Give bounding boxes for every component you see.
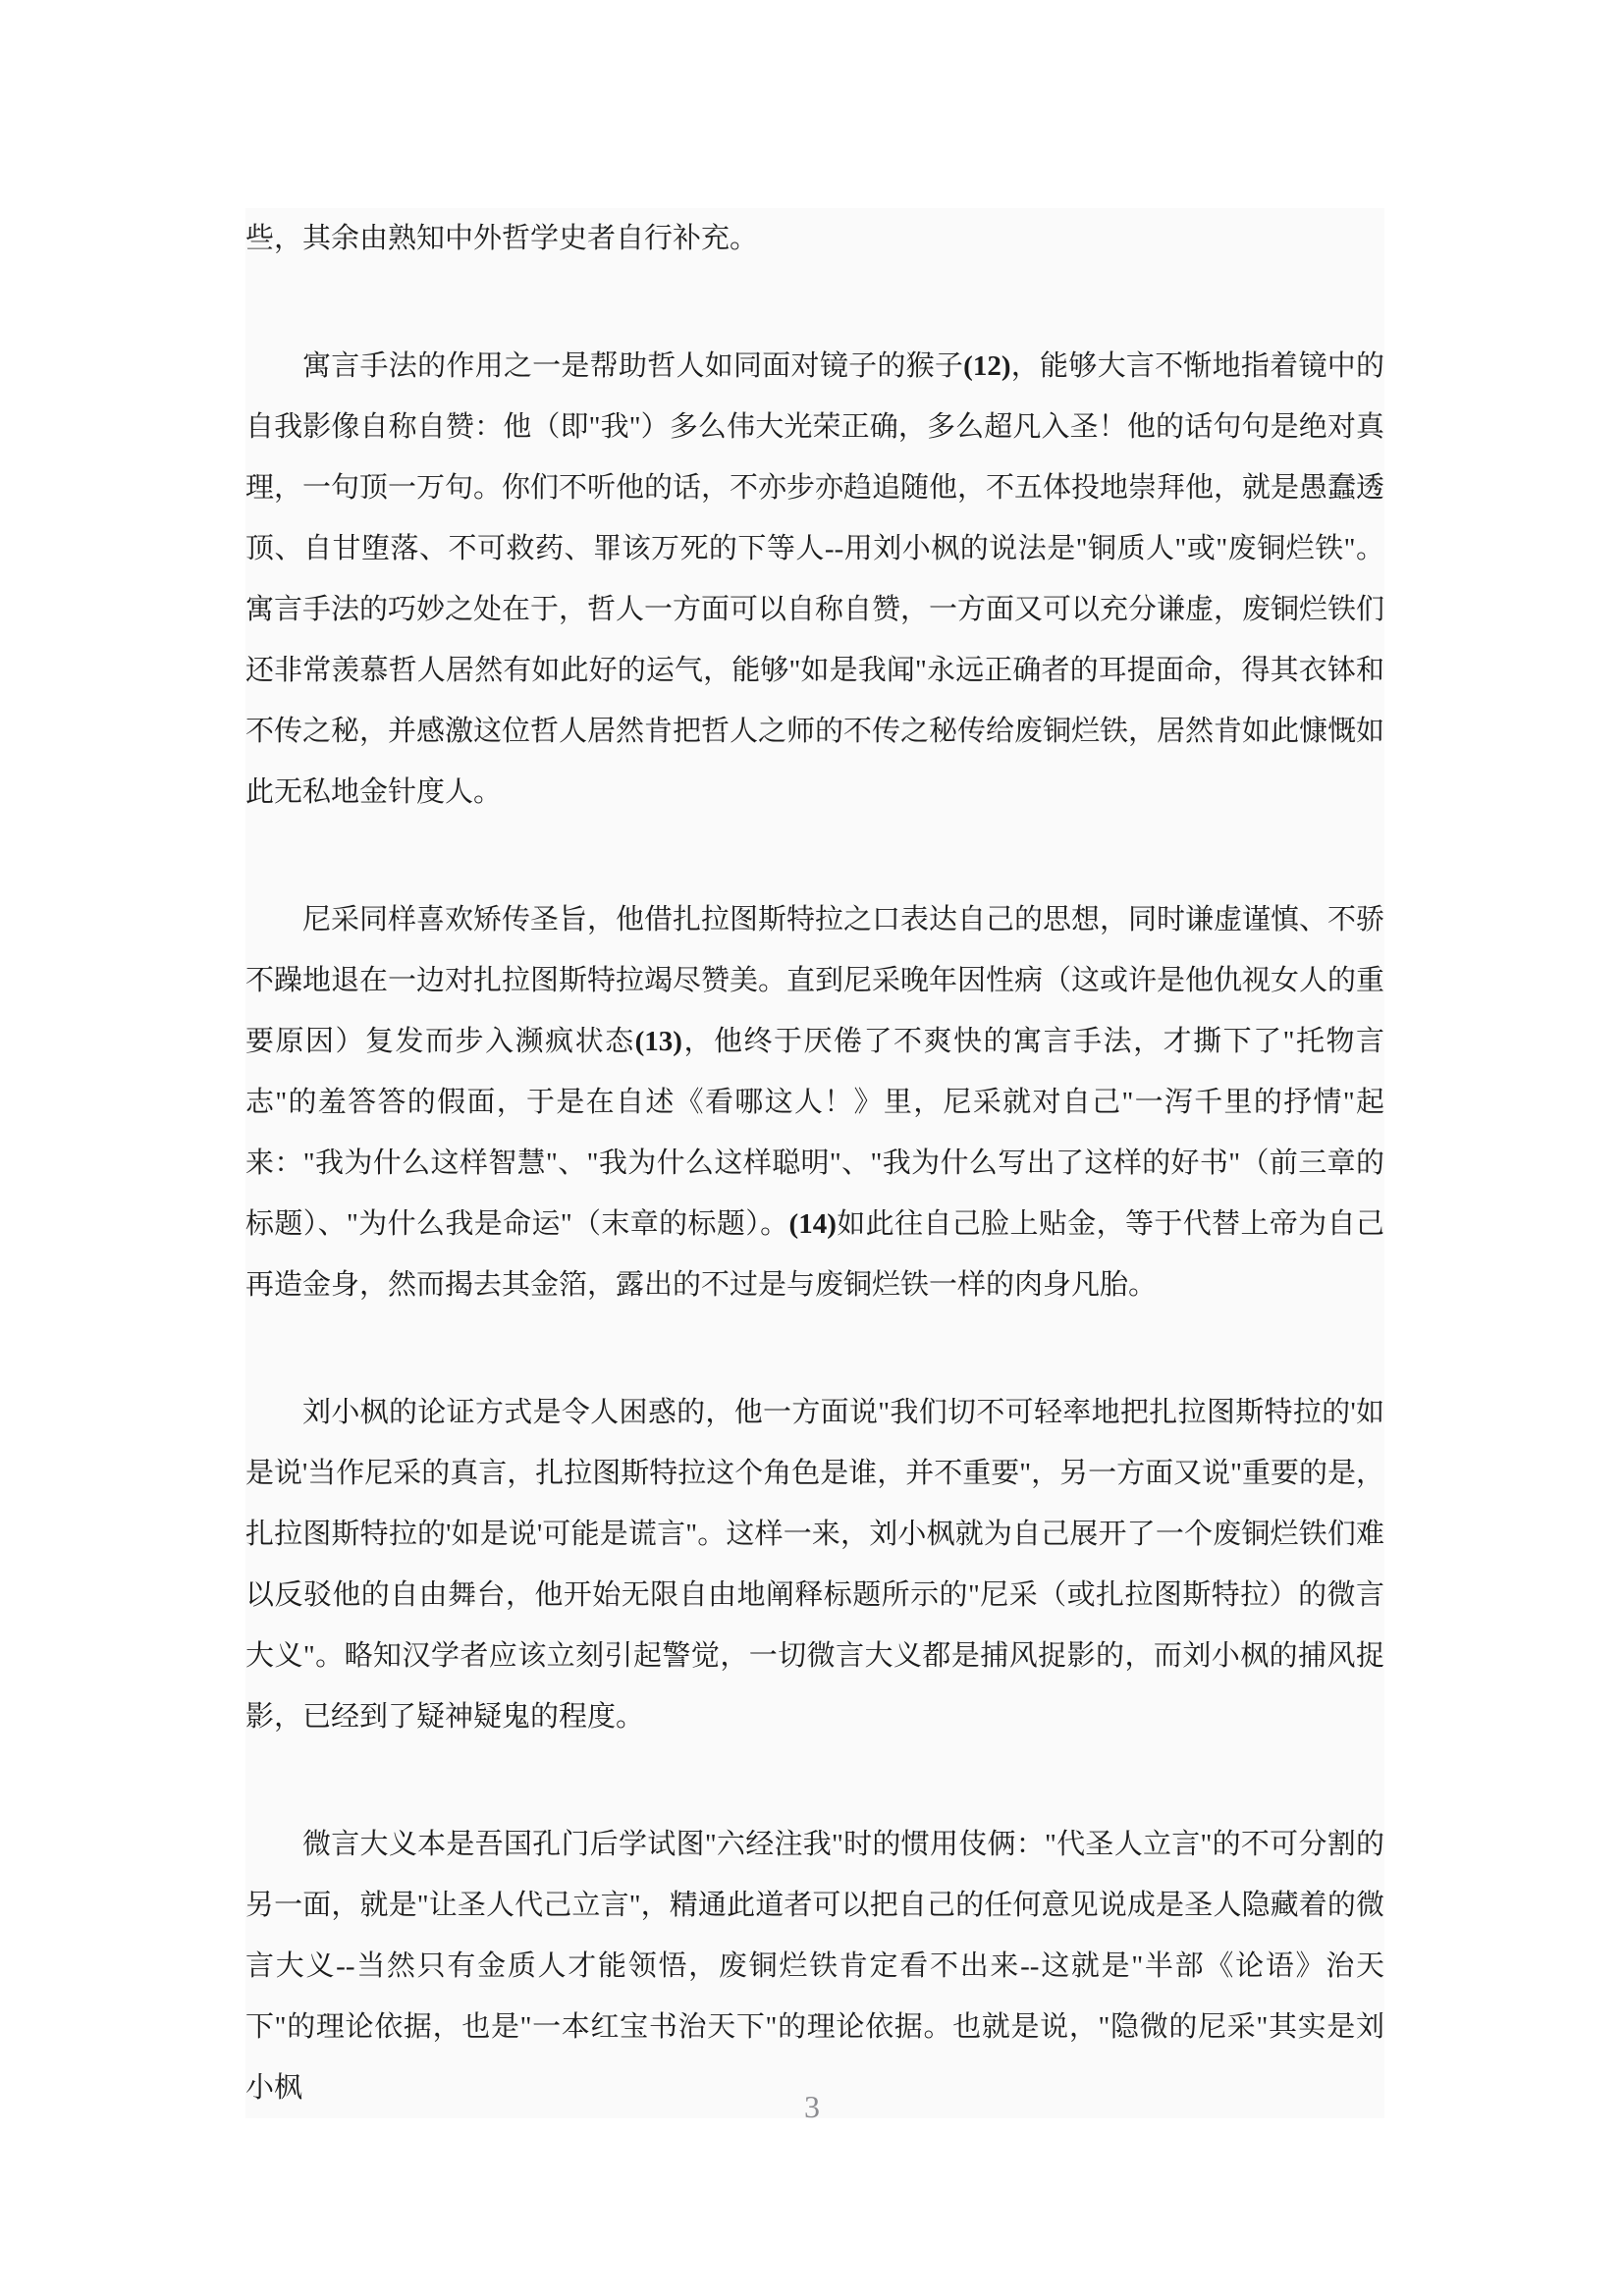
reference-marker: (14): [789, 1208, 837, 1240]
reference-marker: (13): [635, 1026, 682, 1057]
page-number: 3: [804, 2089, 820, 2124]
text-run: 些，其余由熟知中外哲学史者自行补充。: [245, 223, 758, 254]
paragraph: 尼采同样喜欢矫传圣旨，他借扎拉图斯特拉之口表达自己的思想，同时谦虚谨慎、不骄不躁…: [245, 889, 1384, 1315]
reference-marker: (12): [963, 350, 1010, 382]
text-run: 微言大义本是吾国孔门后学试图"六经注我"时的惯用伎俩："代圣人立言"的不可分割的…: [245, 1829, 1384, 2104]
paragraph: 些，其余由熟知中外哲学史者自行补充。: [245, 208, 1384, 269]
page-footer: 3: [0, 2089, 1624, 2125]
paragraph: 刘小枫的论证方式是令人困惑的，他一方面说"我们切不可轻率地把扎拉图斯特拉的'如是…: [245, 1382, 1384, 1747]
paragraph: 微言大义本是吾国孔门后学试图"六经注我"时的惯用伎俩："代圣人立言"的不可分割的…: [245, 1814, 1384, 2118]
document-body: 些，其余由熟知中外哲学史者自行补充。寓言手法的作用之一是帮助哲人如同面对镜子的猴…: [245, 208, 1384, 2118]
document-page: 些，其余由熟知中外哲学史者自行补充。寓言手法的作用之一是帮助哲人如同面对镜子的猴…: [0, 0, 1624, 2296]
text-run: 寓言手法的作用之一是帮助哲人如同面对镜子的猴子: [302, 350, 963, 382]
text-run: 刘小枫的论证方式是令人困惑的，他一方面说"我们切不可轻率地把扎拉图斯特拉的'如是…: [245, 1397, 1384, 1733]
paragraph: 寓言手法的作用之一是帮助哲人如同面对镜子的猴子(12)，能够大言不惭地指着镜中的…: [245, 336, 1384, 823]
text-run: ，能够大言不惭地指着镜中的自我影像自称自赞：他（即"我"）多么伟大光荣正确，多么…: [245, 350, 1384, 808]
